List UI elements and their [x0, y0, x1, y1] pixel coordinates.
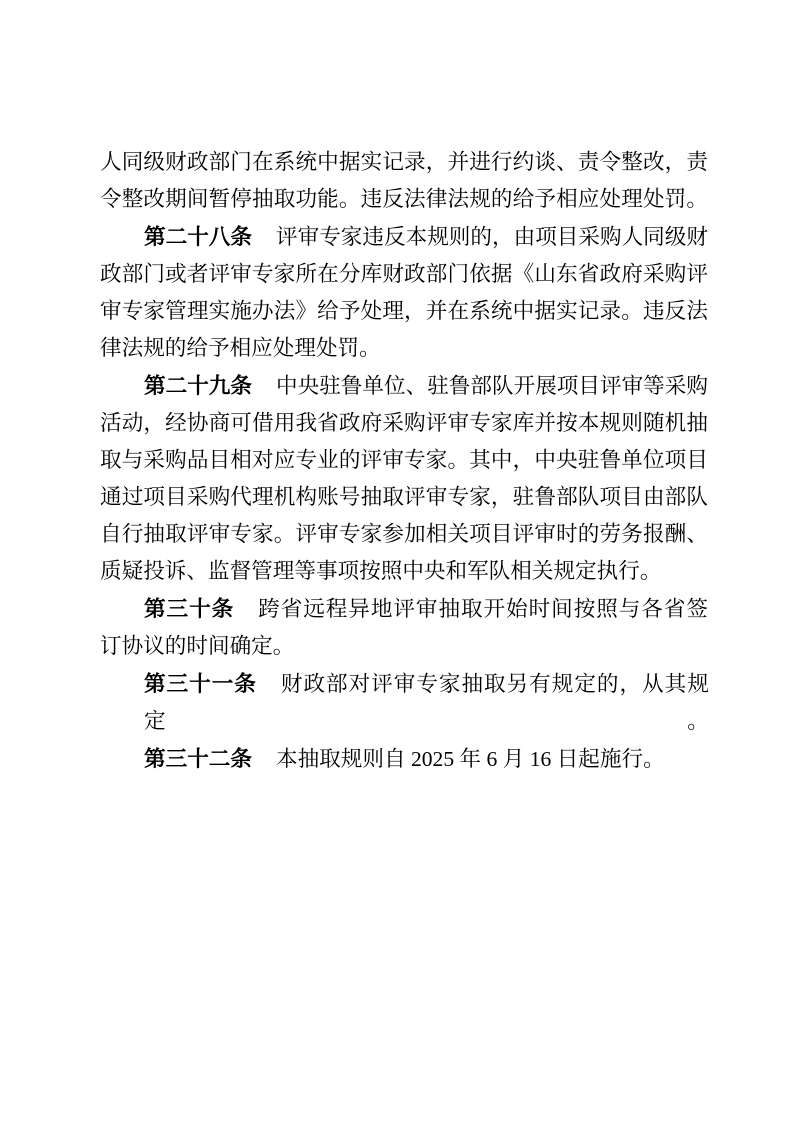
line-text: 人同级财政部门在系统中据实记录，并进行约谈、责令整改，责 — [100, 150, 708, 174]
line-text: 审专家管理实施办法》给予处理，并在系统中据实记录。违反法 — [100, 299, 708, 323]
article-number-bold: 第二十九条 — [144, 373, 252, 398]
line-text: 自行抽取评审专家。评审专家参加相关项目评审时的劳务报酬、 — [100, 522, 708, 546]
line-text: 政部门或者评审专家所在分库财政部门依据《山东省政府采购评 — [100, 262, 708, 286]
text-line: 订协议的时间确定。 — [100, 628, 708, 665]
line-text: 律法规的给予相应处理处罚。 — [100, 336, 381, 360]
line-text: 质疑投诉、监督管理等事项按照中央和军队相关规定执行。 — [100, 559, 661, 583]
article-31-line: 第三十一条财政部对评审专家抽取另有规定的，从其规定。 — [100, 665, 708, 740]
line-text: 跨省远程异地评审抽取开始时间按照与各省签 — [258, 597, 708, 621]
text-line: 活动，经协商可借用我省政府采购评审专家库并按本规则随机抽 — [100, 405, 708, 442]
line-text: 活动，经协商可借用我省政府采购评审专家库并按本规则随机抽 — [100, 411, 708, 435]
text-line: 自行抽取评审专家。评审专家参加相关项目评审时的劳务报酬、 — [100, 516, 708, 553]
document-page: 人同级财政部门在系统中据实记录，并进行约谈、责令整改，责 令整改期间暂停抽取功能… — [0, 0, 793, 1122]
article-30-first-line: 第三十条跨省远程异地评审抽取开始时间按照与各省签 — [100, 590, 708, 628]
line-text: 通过项目采购代理机构账号抽取评审专家，驻鲁部队项目由部队 — [100, 485, 708, 509]
article-29-first-line: 第二十九条中央驻鲁单位、驻鲁部队开展项目评审等采购 — [100, 367, 708, 405]
text-line: 律法规的给予相应处理处罚。 — [100, 330, 708, 367]
text-line: 令整改期间暂停抽取功能。违反法律法规的给予相应处理处罚。 — [100, 181, 708, 218]
line-text: 评审专家违反本规则的，由项目采购人同级财 — [276, 225, 708, 249]
article-28-first-line: 第二十八条评审专家违反本规则的，由项目采购人同级财 — [100, 218, 708, 256]
article-32-line: 第三十二条本抽取规则自 2025 年 6 月 16 日起施行。 — [100, 740, 708, 778]
article-number-bold: 第三十一条 — [144, 671, 257, 696]
article-number-bold: 第三十条 — [144, 596, 234, 621]
text-line: 取与采购品目相对应专业的评审专家。其中，中央驻鲁单位项目 — [100, 442, 708, 479]
text-line: 审专家管理实施办法》给予处理，并在系统中据实记录。违反法 — [100, 293, 708, 330]
line-text: 中央驻鲁单位、驻鲁部队开展项目评审等采购 — [276, 374, 708, 398]
document-text-block: 人同级财政部门在系统中据实记录，并进行约谈、责令整改，责 令整改期间暂停抽取功能… — [100, 144, 708, 778]
line-text: 本抽取规则自 2025 年 6 月 16 日起施行。 — [276, 747, 665, 771]
text-line: 政部门或者评审专家所在分库财政部门依据《山东省政府采购评 — [100, 256, 708, 293]
line-text: 取与采购品目相对应专业的评审专家。其中，中央驻鲁单位项目 — [100, 448, 708, 472]
line-text: 订协议的时间确定。 — [100, 634, 294, 658]
line-text: 令整改期间暂停抽取功能。违反法律法规的给予相应处理处罚。 — [100, 187, 708, 211]
text-line: 人同级财政部门在系统中据实记录，并进行约谈、责令整改，责 — [100, 144, 708, 181]
text-line: 质疑投诉、监督管理等事项按照中央和军队相关规定执行。 — [100, 553, 708, 590]
article-number-bold: 第二十八条 — [144, 224, 252, 249]
text-line: 通过项目采购代理机构账号抽取评审专家，驻鲁部队项目由部队 — [100, 479, 708, 516]
article-number-bold: 第三十二条 — [144, 746, 252, 771]
